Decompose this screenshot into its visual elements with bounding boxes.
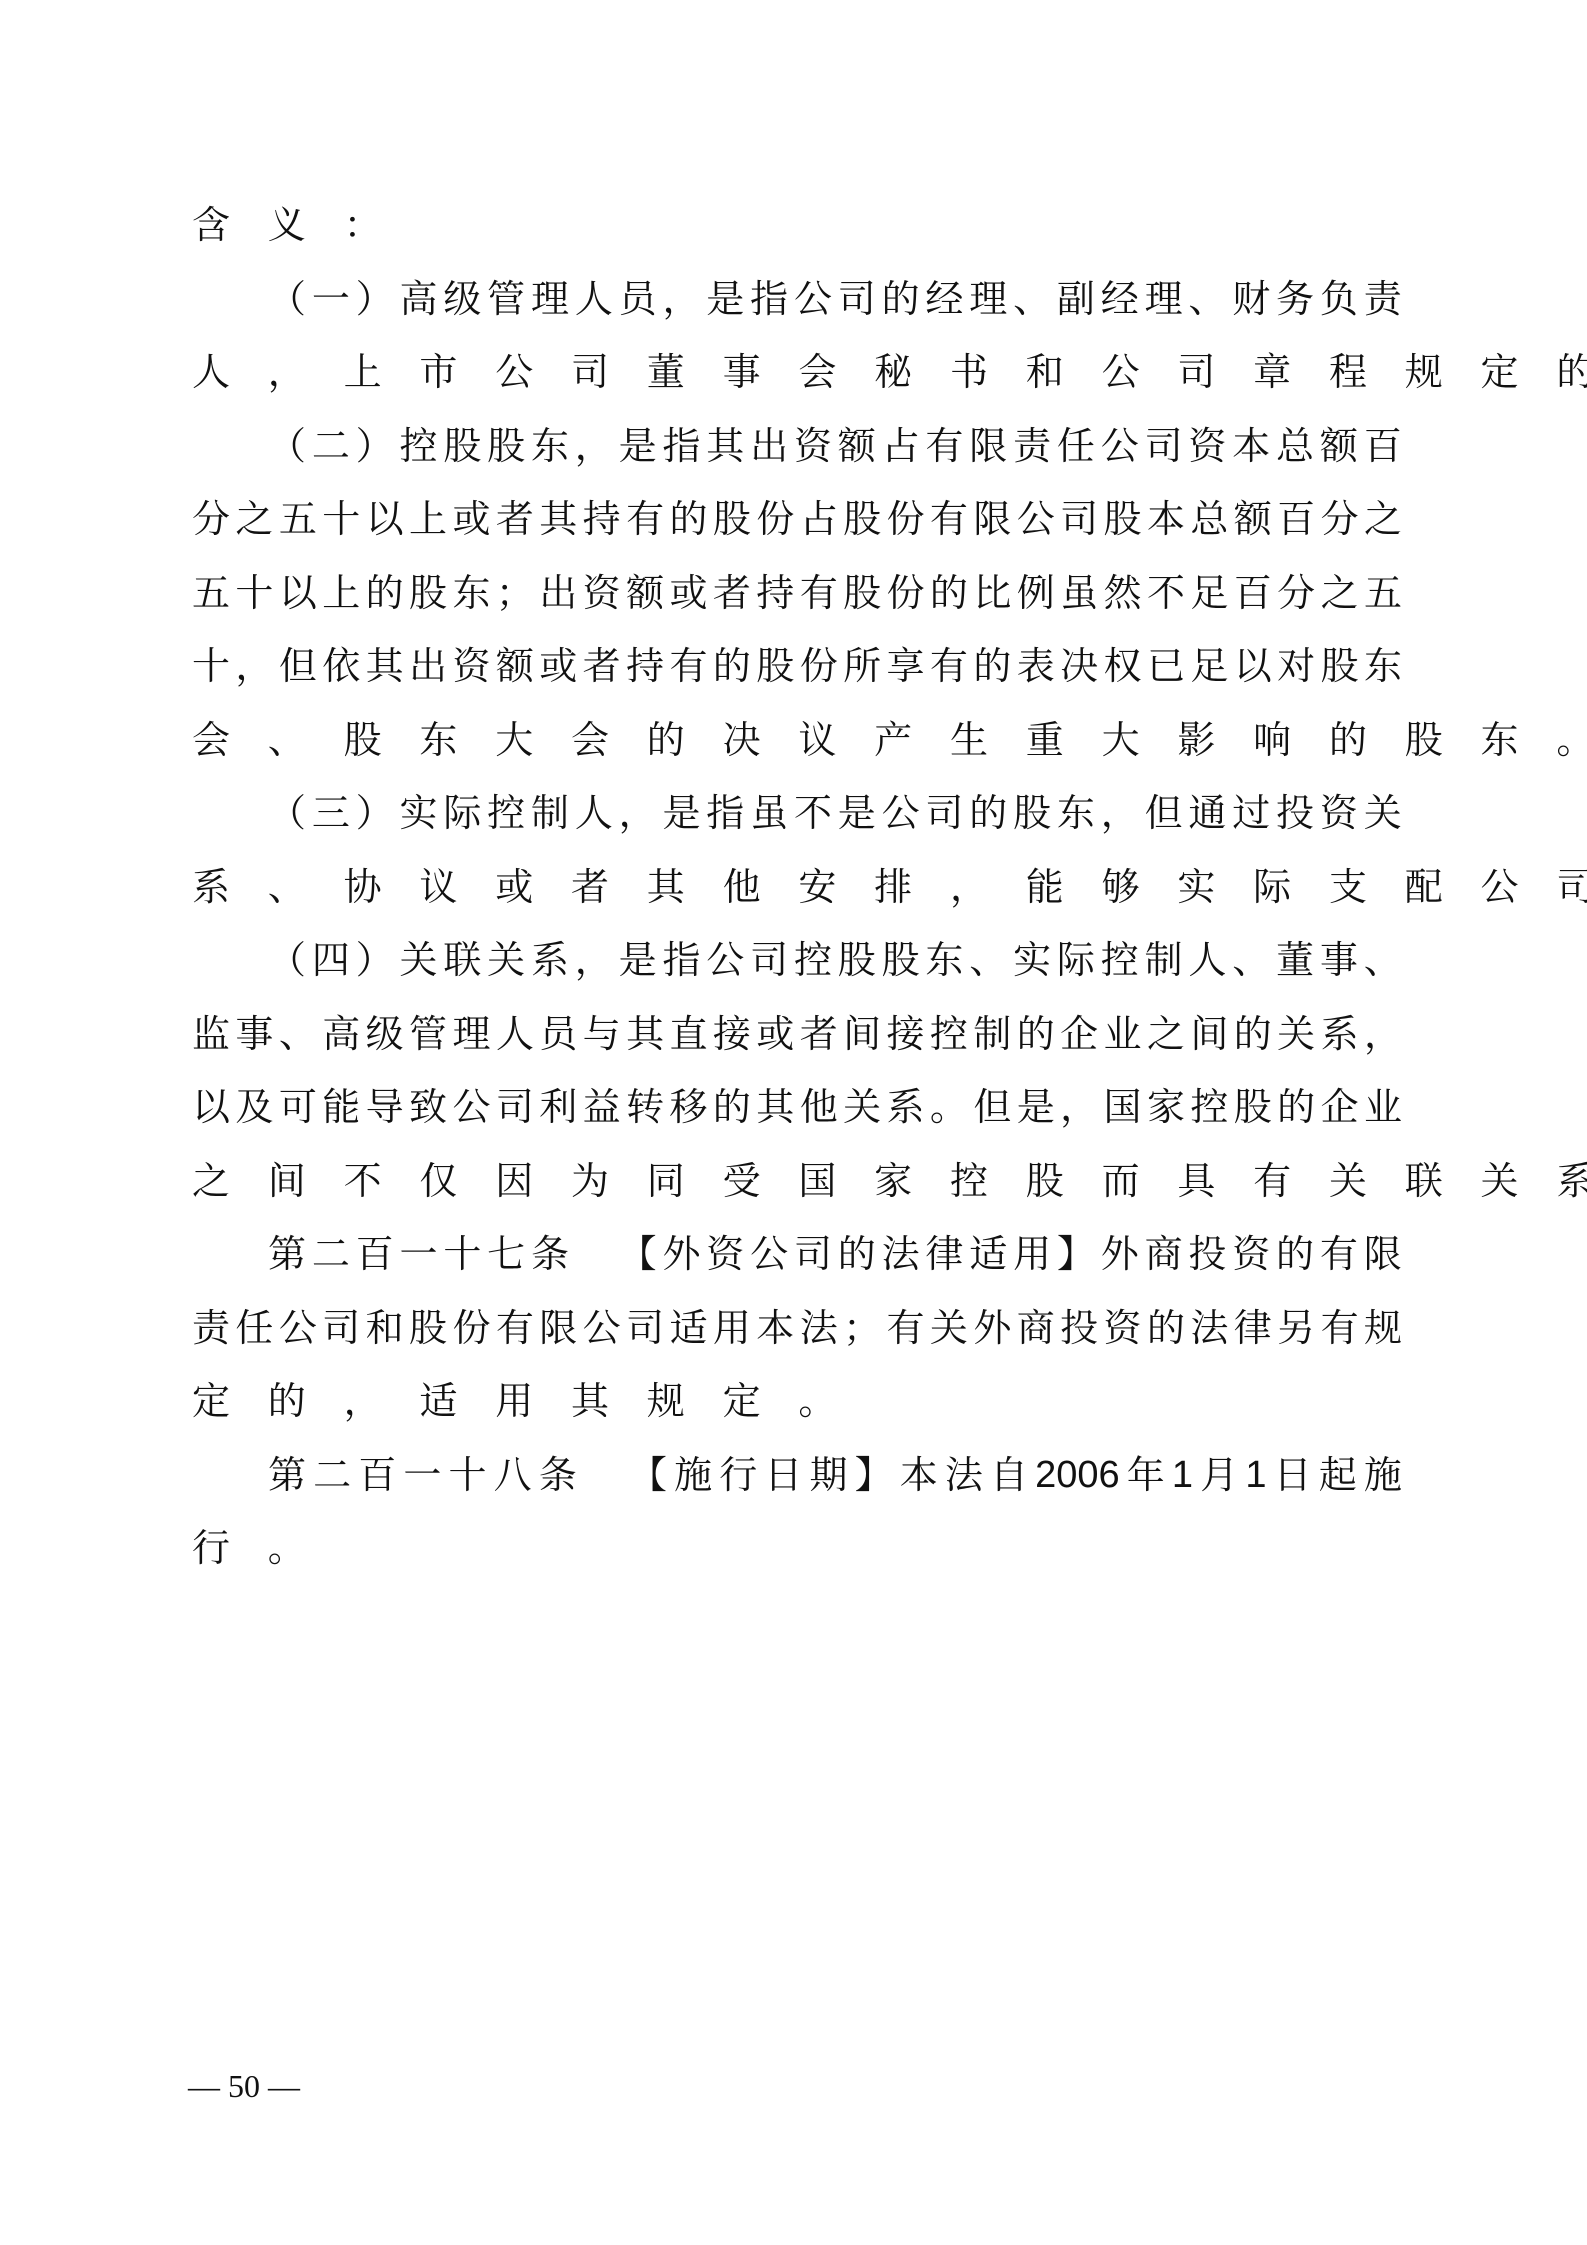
text-line: （三）实际控制人，是指虽不是公司的股东，但通过投资关 xyxy=(268,776,1402,850)
text-line: 第二百一十八条 【施行日期】本法自2006年1月1日起施 xyxy=(268,1438,1402,1512)
text-line: 会、股东大会的决议产生重大影响的股东。 xyxy=(192,703,1402,777)
text-line: 以及可能导致公司利益转移的其他关系。但是，国家控股的企业 xyxy=(192,1070,1402,1144)
text-line: 监事、高级管理人员与其直接或者间接控制的企业之间的关系， xyxy=(192,997,1402,1071)
page-number: — 50 — xyxy=(188,2068,300,2105)
text-line: （二）控股股东，是指其出资额占有限责任公司资本总额百 xyxy=(268,409,1402,483)
text-line: 责任公司和股份有限公司适用本法；有关外商投资的法律另有规 xyxy=(192,1291,1402,1365)
text-line: 定的，适用其规定。 xyxy=(192,1364,1402,1438)
text-line: 行。 xyxy=(192,1511,1402,1585)
text-line: 系、协议或者其他安排，能够实际支配公司行为的人。 xyxy=(192,850,1402,924)
text-line: （四）关联关系，是指公司控股股东、实际控制人、董事、 xyxy=(268,923,1402,997)
text-line: 分之五十以上或者其持有的股份占股份有限公司股本总额百分之 xyxy=(192,482,1402,556)
text-line: 五十以上的股东；出资额或者持有股份的比例虽然不足百分之五 xyxy=(192,556,1402,630)
text-line: 含义： xyxy=(192,188,1402,262)
text-line: 第二百一十七条 【外资公司的法律适用】外商投资的有限 xyxy=(268,1217,1402,1291)
text-line: （一）高级管理人员，是指公司的经理、副经理、财务负责 xyxy=(268,262,1402,336)
text-line: 十，但依其出资额或者持有的股份所享有的表决权已足以对股东 xyxy=(192,629,1402,703)
text-line: 人，上市公司董事会秘书和公司章程规定的其他人员。 xyxy=(192,335,1402,409)
text-line: 之间不仅因为同受国家控股而具有关联关系。 xyxy=(192,1144,1402,1218)
document-page: 含义：（一）高级管理人员，是指公司的经理、副经理、财务负责人，上市公司董事会秘书… xyxy=(0,0,1587,2245)
